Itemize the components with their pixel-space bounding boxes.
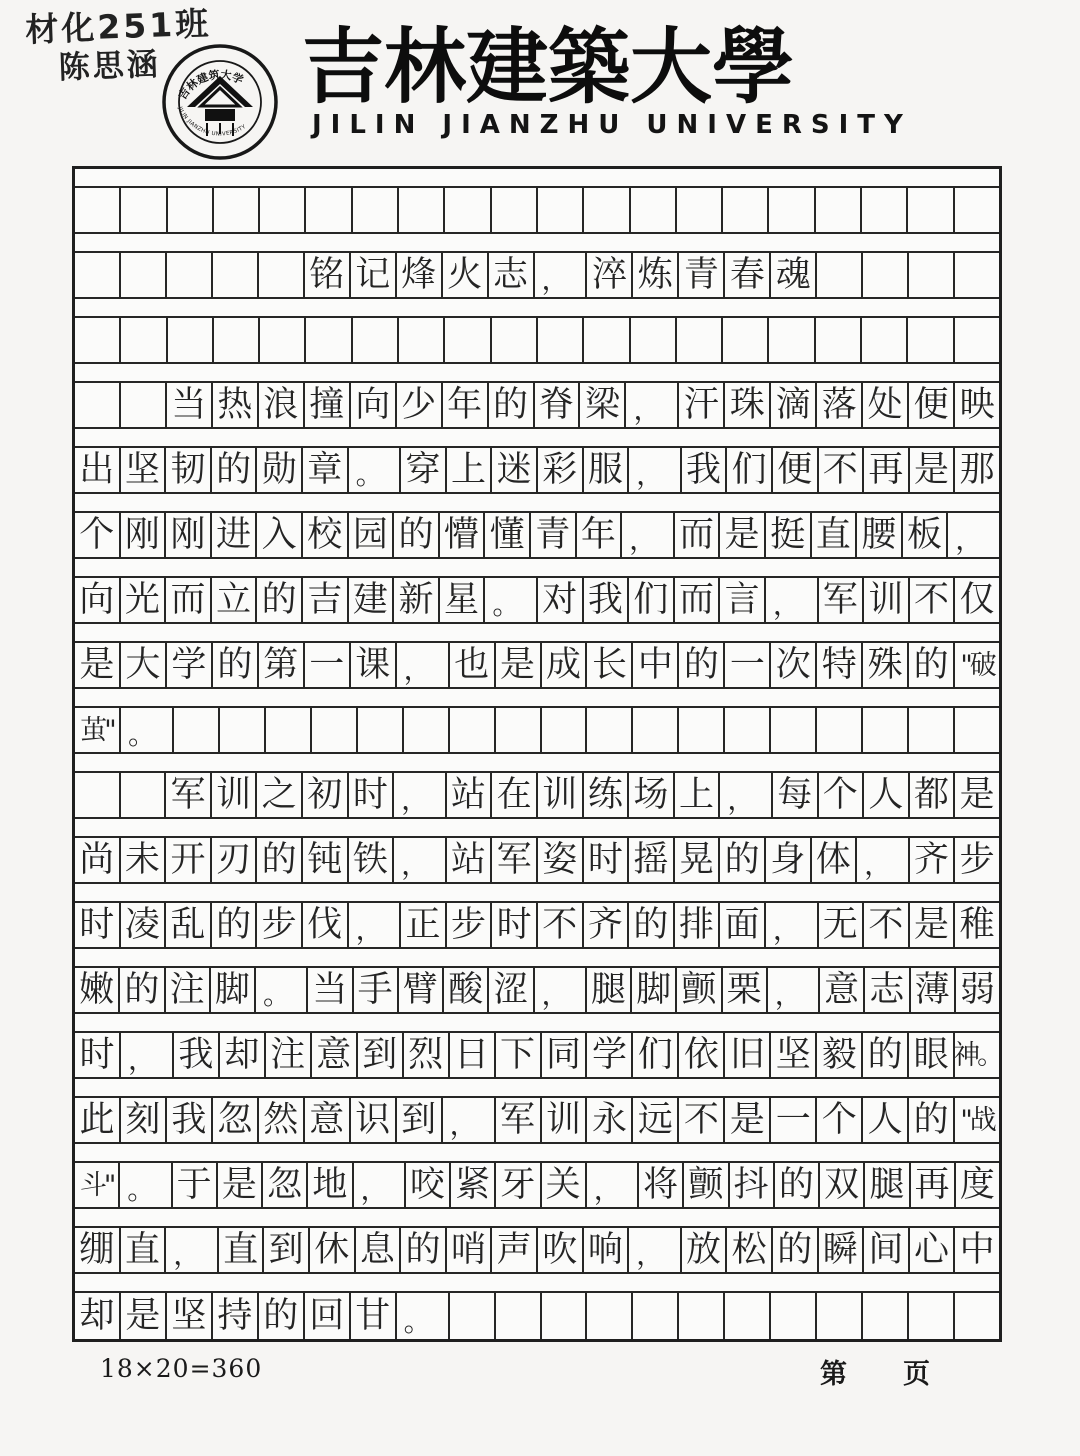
grid-cell: 年: [577, 513, 623, 557]
grid-cell: 服: [584, 448, 630, 492]
grid-cell: 是: [955, 773, 999, 817]
grid-cell: [214, 188, 260, 232]
grid-cell: [353, 318, 399, 362]
grid-cell: ，: [394, 773, 447, 817]
grid-cell: [450, 1293, 496, 1339]
grid-cell: "破: [955, 643, 999, 687]
grid-cell: 个: [819, 773, 865, 817]
grid-cell: [168, 188, 214, 232]
grid-cell: 立: [212, 578, 258, 622]
grid-cell: 远: [633, 1098, 679, 1142]
grid-cell: 。: [120, 1163, 172, 1207]
grid-cell: 军: [166, 773, 212, 817]
grid-cell: [725, 708, 771, 752]
grid-cell: [955, 708, 999, 752]
grid-cell: [306, 188, 352, 232]
grid-cell: [167, 253, 213, 297]
university-seal-icon: 吉林建筑大学 JILIN JIANZHU UNIVERSITY: [160, 42, 280, 162]
grid-cell: [538, 188, 584, 232]
row-gap: [75, 559, 999, 578]
grid-cell: 而: [675, 578, 721, 622]
grid-cell: 却: [220, 1033, 266, 1077]
grid-cell: 心: [910, 1228, 956, 1272]
grid-cell: ，: [354, 1163, 406, 1207]
grid-cell: [260, 188, 306, 232]
grid-cell: 便: [909, 383, 955, 427]
grid-cell: 直: [812, 513, 858, 557]
grid-cell: 姿: [538, 838, 584, 882]
grid-cell: 中: [633, 643, 679, 687]
grid-cell: 星: [440, 578, 486, 622]
grid-cell: ，: [535, 253, 588, 297]
grid-cell: [955, 188, 999, 232]
grid-cell: [862, 318, 908, 362]
grid-cell: 脚: [211, 968, 256, 1012]
grid-cell: 韧: [166, 448, 212, 492]
grid-cell: [496, 708, 542, 752]
grid-cell: 息: [356, 1228, 402, 1272]
grid-cell: 将: [639, 1163, 684, 1207]
grid-cell: 咬: [406, 1163, 451, 1207]
grid-cell: 到: [358, 1033, 404, 1077]
grid-cell: [404, 708, 450, 752]
grid-cell: ，: [121, 1033, 174, 1077]
grid-cell: 刚: [166, 513, 212, 557]
grid-cell: 懂: [485, 513, 531, 557]
grid-cell: 入: [257, 513, 303, 557]
grid-cell: 关: [542, 1163, 587, 1207]
grid-cell: 的: [257, 578, 303, 622]
grid-cell: 志: [865, 968, 910, 1012]
grid-cell: [312, 708, 358, 752]
grid-cell: 淬: [587, 253, 633, 297]
grid-cell: 意: [312, 1033, 358, 1077]
grid-cell: [769, 318, 815, 362]
grid-cell: 魂: [771, 253, 817, 297]
grid-row: 此刻我忽然意识到，军训永远不是一个人的"战: [75, 1098, 999, 1144]
grid-cell: [723, 188, 769, 232]
grid-cell: 吉: [303, 578, 349, 622]
grid-cell: [445, 188, 491, 232]
grid-cell: 梁: [580, 383, 626, 427]
grid-cell: [908, 188, 954, 232]
university-name-en: JILIN JIANZHU UNIVERSITY: [312, 110, 882, 140]
grid-cell: 松: [727, 1228, 773, 1272]
grid-cell: [538, 318, 584, 362]
grid-cell: 训: [538, 773, 584, 817]
grid-cell: 个: [75, 513, 121, 557]
grid-cell: 人: [864, 773, 910, 817]
grid-cell: 上: [675, 773, 721, 817]
grid-cell: 绷: [75, 1228, 121, 1272]
grid-cell: ，: [443, 1098, 496, 1142]
grid-row: 军训之初时，站在训练场上，每个人都是: [75, 773, 999, 819]
grid-cell: 永: [587, 1098, 633, 1142]
grid-cell: 步: [955, 838, 999, 882]
grid-cell: 刚: [121, 513, 167, 557]
grid-cell: 的: [259, 1293, 305, 1339]
grid-cell: ，: [394, 838, 447, 882]
row-gap: [75, 819, 999, 838]
grid-row: 当热浪撞向少年的脊梁，汗珠滴落处便映: [75, 383, 999, 429]
grid-cell: 手: [354, 968, 399, 1012]
grid-cell: 酸: [444, 968, 489, 1012]
grid-cell: 初: [303, 773, 349, 817]
grid-cell: 摇: [629, 838, 675, 882]
grid-cell: 却: [75, 1293, 121, 1339]
grid-cell: 一: [771, 1098, 817, 1142]
row-gap: [75, 1274, 999, 1293]
grid-cell: 然: [259, 1098, 305, 1142]
grid-cell: [909, 253, 955, 297]
grid-row: 茧"。: [75, 708, 999, 754]
grid-cell: 忽: [263, 1163, 308, 1207]
grid-cell: 声: [492, 1228, 538, 1272]
grid-cell: [817, 253, 863, 297]
grid-cell: 直: [121, 1228, 167, 1272]
grid-cell: 春: [725, 253, 771, 297]
grid-cell: 步: [447, 903, 493, 947]
grid-cell: [633, 708, 679, 752]
grid-cell: [353, 188, 399, 232]
grid-cell: [725, 1293, 771, 1339]
grid-cell: 放: [682, 1228, 728, 1272]
grid-cell: 我: [167, 1098, 213, 1142]
grid-cell: [633, 1293, 679, 1339]
grid-cell: [121, 188, 167, 232]
grid-cell: 穿: [401, 448, 447, 492]
grid-cell: 对: [538, 578, 584, 622]
grid-cell: 的: [629, 903, 675, 947]
grid-cell: [213, 253, 259, 297]
grid-cell: 乱: [166, 903, 212, 947]
grid-cell: 凌: [121, 903, 167, 947]
row-gap: [75, 884, 999, 903]
grid-cell: 是: [496, 643, 542, 687]
grid-cell: 是: [910, 448, 956, 492]
grid-cell: 训: [864, 578, 910, 622]
grid-cell: 到: [397, 1098, 443, 1142]
grid-cell: 训: [542, 1098, 588, 1142]
grid-cell: 青: [531, 513, 577, 557]
grid-cell: 。: [485, 578, 538, 622]
grid-cell: [863, 253, 909, 297]
grid-cell: 坚: [771, 1033, 817, 1077]
grid-cell: 我: [174, 1033, 220, 1077]
grid-cell: 抖: [730, 1163, 775, 1207]
grid-cell: 涩: [489, 968, 534, 1012]
grid-cell: ，: [857, 838, 910, 882]
grid-cell: 步: [257, 903, 303, 947]
grid-cell: 坚: [121, 448, 167, 492]
grid-cell: 齐: [584, 903, 630, 947]
grid-cell: 火: [443, 253, 489, 297]
grid-cell: 的: [213, 643, 259, 687]
grid-cell: 牙: [496, 1163, 541, 1207]
grid-cell: [399, 318, 445, 362]
grid-cell: 第: [259, 643, 305, 687]
grid-cell: [587, 708, 633, 752]
grid-cell: 铁: [349, 838, 395, 882]
row-gap: [75, 1144, 999, 1163]
grid-cell: 腰: [857, 513, 903, 557]
grid-cell: 们: [633, 1033, 679, 1077]
grid-cell: 的: [489, 383, 535, 427]
grid-cell: 之: [257, 773, 303, 817]
grid-cell: [121, 773, 167, 817]
grid-row: 时凌乱的步伐，正步时不齐的排面，无不是稚: [75, 903, 999, 949]
row-gap: [75, 624, 999, 643]
grid-cell: [909, 708, 955, 752]
grid-cell: 吹: [538, 1228, 584, 1272]
grid-cell: 身: [766, 838, 812, 882]
grid-cell: [75, 318, 121, 362]
grid-cell: [771, 708, 817, 752]
grid-cell: 的: [401, 1228, 447, 1272]
grid-cell: 不: [538, 903, 584, 947]
grid-cell: 懵: [440, 513, 486, 557]
grid-cell: 体: [812, 838, 858, 882]
grid-cell: 于: [173, 1163, 218, 1207]
grid-cell: 都: [910, 773, 956, 817]
grid-cell: 正: [401, 903, 447, 947]
grid-cell: [679, 1293, 725, 1339]
grid-cell: 珠: [725, 383, 771, 427]
grid-cell: 不: [679, 1098, 725, 1142]
grid-cell: ，: [629, 448, 682, 492]
grid-row: 嫩的注脚。当手臂酸涩，腿脚颤栗，意志薄弱: [75, 968, 999, 1014]
grid-cell: 是: [75, 643, 121, 687]
grid-cell: ，: [587, 1163, 639, 1207]
grid-cell: ，: [626, 383, 679, 427]
grid-cell: 无: [819, 903, 865, 947]
grid-cell: 上: [447, 448, 493, 492]
grid-cell: 。: [121, 708, 174, 752]
grid-cell: 长: [587, 643, 633, 687]
grid-cell: [492, 188, 538, 232]
grid-cell: 挺: [766, 513, 812, 557]
row-gap: [75, 1209, 999, 1228]
grid-cell: 们: [727, 448, 773, 492]
page-number-area: 第 页: [820, 1352, 930, 1391]
grid-cell: [259, 253, 305, 297]
grid-cell: 钝: [303, 838, 349, 882]
grid-cell: [174, 708, 220, 752]
grid-cell: [492, 318, 538, 362]
grid-cell: 滴: [771, 383, 817, 427]
grid-cell: 个: [817, 1098, 863, 1142]
grid-cell: 在: [492, 773, 538, 817]
grid-cell: ，: [397, 643, 450, 687]
grid-cell: [542, 708, 588, 752]
grid-cell: 人: [863, 1098, 909, 1142]
grid-cell: 时: [349, 773, 395, 817]
grid-cell: 的: [909, 1098, 955, 1142]
essay-grid: 铭记烽火志，淬炼青春魂当热浪撞向少年的脊梁，汗珠滴落处便映出坚韧的勋章。穿上迷彩…: [72, 166, 1002, 1342]
grid-cell: 园: [349, 513, 395, 557]
grid-cell: 处: [863, 383, 909, 427]
grid-cell: ，: [166, 1228, 219, 1272]
grid-cell: 颤: [684, 1163, 729, 1207]
grid-cell: 的: [775, 1163, 820, 1207]
grid-cell: 站: [447, 773, 493, 817]
grid-cell: 的: [773, 1228, 819, 1272]
grid-cell: 向: [75, 578, 121, 622]
grid-cell: 面: [720, 903, 766, 947]
grid-cell: 是: [218, 1163, 263, 1207]
grid-cell: ，: [766, 903, 819, 947]
row-gap: [75, 429, 999, 448]
grid-cell: 伐: [303, 903, 349, 947]
grid-cell: 臂: [399, 968, 444, 1012]
grid-cell: 稚: [955, 903, 999, 947]
grid-cell: 意: [820, 968, 865, 1012]
grid-cell: [445, 318, 491, 362]
grid-cell: [75, 253, 121, 297]
grid-cell: 的: [863, 1033, 909, 1077]
grid-cell: 尚: [75, 838, 121, 882]
grid-cell: 脊: [535, 383, 581, 427]
grid-cell: [542, 1293, 588, 1339]
grid-cell: [496, 1293, 542, 1339]
grid-cell: 一: [305, 643, 351, 687]
grid-cell: 地: [308, 1163, 353, 1207]
grid-cell: 一: [725, 643, 771, 687]
grid-cell: 章: [303, 448, 349, 492]
grid-cell: 校: [303, 513, 349, 557]
grid-row: 出坚韧的勋章。穿上迷彩服，我们便不再是那: [75, 448, 999, 494]
grid-row: 向光而立的吉建新星。对我们而言，军训不仅: [75, 578, 999, 624]
grid-cell: 再: [911, 1163, 956, 1207]
grid-cell: 成: [542, 643, 588, 687]
grid-cell: 不: [864, 903, 910, 947]
grid-cell: 斗": [75, 1163, 120, 1207]
grid-cell: 浪: [259, 383, 305, 427]
grid-cell: 记: [351, 253, 397, 297]
grid-cell: 甘: [351, 1293, 397, 1339]
grid-cell: 意: [305, 1098, 351, 1142]
grid-cell: [862, 188, 908, 232]
grid-cell: 不: [819, 448, 865, 492]
grid-cell: [955, 1293, 999, 1339]
grid-cell: [587, 1293, 633, 1339]
grid-cell: 们: [629, 578, 675, 622]
row-gap: [75, 949, 999, 968]
row-gap: [75, 299, 999, 318]
grid-cell: [955, 253, 999, 297]
grid-cell: 进: [212, 513, 258, 557]
grid-cell: [266, 708, 312, 752]
grid-cell: 军: [496, 1098, 542, 1142]
grid-cell: 中: [955, 1228, 999, 1272]
grid-cell: 撞: [305, 383, 351, 427]
grid-cell: 直: [219, 1228, 265, 1272]
grid-cell: 铭: [305, 253, 351, 297]
grid-cell: 大: [121, 643, 167, 687]
grid-cell: 响: [584, 1228, 630, 1272]
grid-cell: 光: [121, 578, 167, 622]
grid-cell: [260, 318, 306, 362]
grid-cell: [909, 1293, 955, 1339]
grid-cell: 勋: [257, 448, 303, 492]
grid-cell: 志: [489, 253, 535, 297]
grid-cell: [679, 708, 725, 752]
grid-cell: 我: [584, 578, 630, 622]
grid-row: 个刚刚进入校园的懵懂青年，而是挺直腰板，: [75, 513, 999, 559]
grid-cell: 。: [397, 1293, 450, 1339]
grid-cell: 坚: [167, 1293, 213, 1339]
grid-cell: 便: [773, 448, 819, 492]
grid-cell: 而: [675, 513, 721, 557]
grid-cell: [214, 318, 260, 362]
grid-cell: [863, 708, 909, 752]
grid-cell: 的: [212, 448, 258, 492]
grid-cell: [817, 708, 863, 752]
grid-cell: 休: [310, 1228, 356, 1272]
grid-cell: 课: [351, 643, 397, 687]
grid-cell: [358, 708, 404, 752]
grid-cell: 颤: [677, 968, 722, 1012]
grid-cell: [955, 318, 999, 362]
grid-cell: 时: [75, 903, 121, 947]
grid-cell: [908, 318, 954, 362]
grid-cell: 不: [910, 578, 956, 622]
grid-cell: 映: [955, 383, 999, 427]
grid-cell: 眼: [909, 1033, 955, 1077]
grid-row: 尚未开刃的钝铁，站军姿时摇晃的身体，齐步: [75, 838, 999, 884]
row-gap: [75, 689, 999, 708]
grid-cell: 依: [679, 1033, 725, 1077]
grid-cell: 腿: [865, 1163, 910, 1207]
grid-cell: [584, 318, 630, 362]
row-gap: [75, 1014, 999, 1033]
grid-cell: 是: [720, 513, 766, 557]
grid-cell: [306, 318, 352, 362]
grid-cell: 炼: [633, 253, 679, 297]
grid-cell: 向: [351, 383, 397, 427]
grid-cell: 度: [956, 1163, 999, 1207]
grid-cell: 次: [771, 643, 817, 687]
grid-cell: 特: [817, 643, 863, 687]
grid-cell: 是: [725, 1098, 771, 1142]
page-label-suffix: 页: [903, 1352, 930, 1391]
grid-cell: 彩: [538, 448, 584, 492]
grid-cell: 的: [257, 838, 303, 882]
grid-cell: 言: [720, 578, 766, 622]
grid-row: 是大学的第一课，也是成长中的一次特殊的"破: [75, 643, 999, 689]
grid-cell: 时: [492, 903, 538, 947]
grid-cell: ，: [622, 513, 675, 557]
grid-cell: 开: [166, 838, 212, 882]
grid-cell: 烈: [404, 1033, 450, 1077]
grid-cell: 殊: [863, 643, 909, 687]
row-gap: [75, 1079, 999, 1098]
grid-cell: 双: [820, 1163, 865, 1207]
grid-row: 铭记烽火志，淬炼青春魂: [75, 253, 999, 299]
grid-cell: 学: [167, 643, 213, 687]
grid-cell: [631, 318, 677, 362]
grid-cell: ，: [629, 1228, 682, 1272]
grid-cell: ，: [948, 513, 999, 557]
grid-cell: 忽: [213, 1098, 259, 1142]
grid-cell: 汗: [679, 383, 725, 427]
grid-cell: ，: [768, 968, 820, 1012]
grid-cell: 站: [447, 838, 493, 882]
grid-cell: [816, 188, 862, 232]
grid-cell: 此: [75, 1098, 121, 1142]
grid-cell: 板: [903, 513, 949, 557]
grid-cell: [863, 1293, 909, 1339]
